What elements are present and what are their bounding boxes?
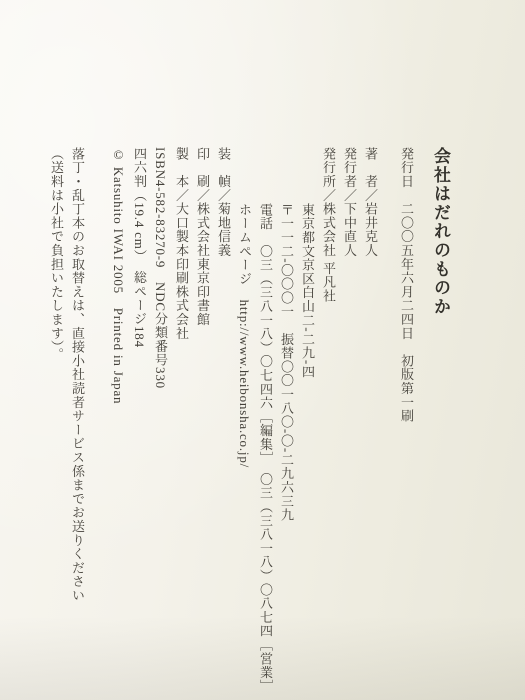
publisher-line: 発行所／株式会社 平凡社 (318, 147, 339, 700)
binding-company-line: 製 本／大口製本印刷株式会社 (171, 147, 192, 700)
publisher-address-line: 東京都文京区白山二-二九-四 (297, 147, 318, 700)
printing-company-line: 印 刷／株式会社東京印書館 (192, 147, 213, 700)
postage-notice-line: （送料は小社で負担いたします）。 (46, 147, 67, 700)
isbn-ndc-line: ISBN4-582-83270-9 NDC分類番号330 (150, 147, 171, 700)
colophon-text-block: 会社はだれのものか 発行日 二〇〇五年六月二四日 初版第一刷 著 者／岩井克人 … (46, 147, 453, 700)
issue-date-line: 発行日 二〇〇五年六月二四日 初版第一刷 (396, 147, 417, 700)
author-line: 著 者／岩井克人 (360, 147, 381, 700)
book-title: 会社はだれのものか (427, 147, 453, 700)
book-format-pages-line: 四六判（19.4 cm） 総ページ184 (129, 147, 150, 700)
postal-code-transfer-line: 〒一一二-〇〇〇一 振替〇〇一八〇-〇-二九六三九 (276, 147, 297, 700)
phone-numbers-line: 電話 〇三（三八一八）〇七四六［編集］ 〇三（三八一八）〇八七四［営業］ (255, 147, 276, 700)
publisher-representative-line: 発行者／下中直人 (339, 147, 360, 700)
homepage-url-line: ホームページ http://www.heibonsha.co.jp/ (234, 147, 255, 700)
copyright-line: © Katsuhito IWAI 2005 Printed in Japan (108, 147, 129, 700)
book-colophon-page: 会社はだれのものか 発行日 二〇〇五年六月二四日 初版第一刷 著 者／岩井克人 … (0, 0, 525, 700)
return-policy-notice-line: 落丁・乱丁本のお取替えは、直接小社読者サービス係までお送りください (67, 147, 88, 700)
book-design-credit-line: 装 幀／菊地信義 (213, 147, 234, 700)
